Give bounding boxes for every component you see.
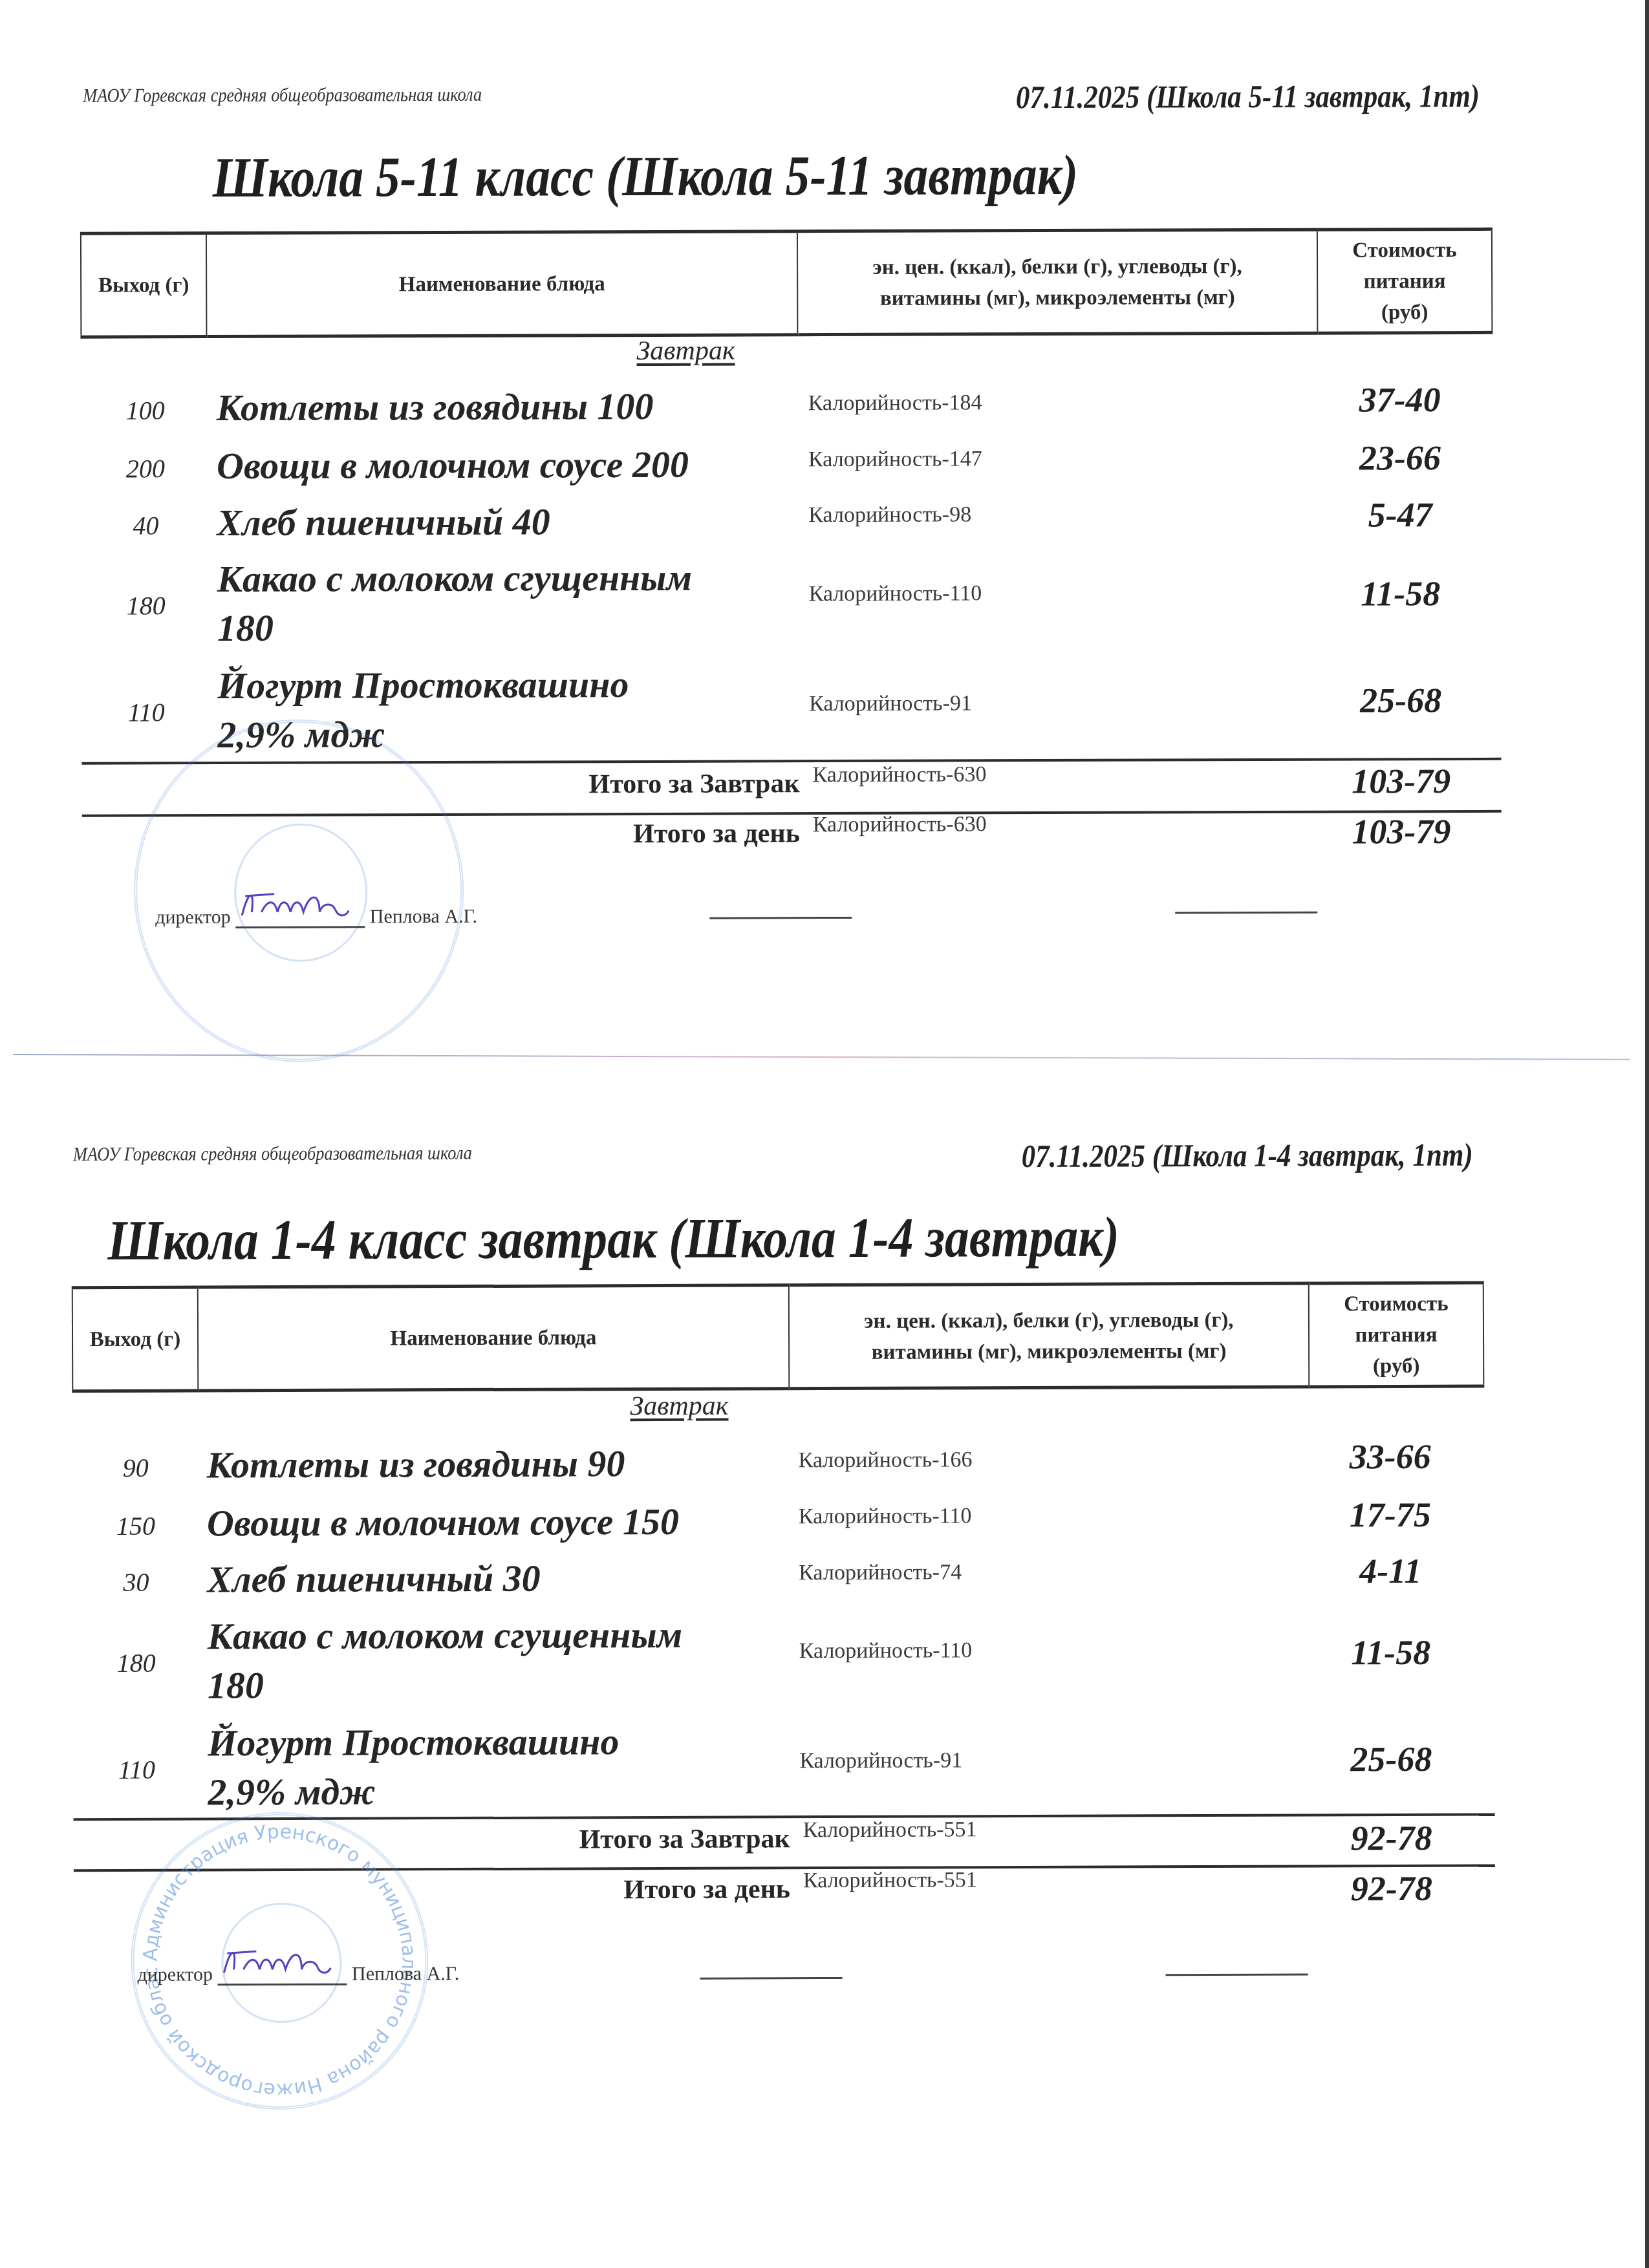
nutrition-header-line1: эн. цен. (ккал), белки (г), углеводы (г)… [802, 250, 1313, 283]
total-meal-kcal: Калорийность-630 [813, 762, 987, 787]
item-dish-line1: Какао с молоком сгущенным [217, 553, 863, 604]
total-day-kcal: Калорийность-551 [803, 1868, 977, 1893]
signature-block: директор Пеплова А.Г. [137, 1957, 459, 1986]
item-dish: Йогурт Простоквашино 2,9% мдж [208, 1717, 855, 1817]
total-meal-kcal: Калорийность-551 [803, 1817, 977, 1843]
table-header: Выход (г) Наименование блюда эн. цен. (к… [72, 1281, 1485, 1393]
item-dish-line2: 180 [208, 1659, 854, 1710]
item-dish-line1: Йогурт Простоквашино [217, 659, 864, 711]
menu-item: 180 Какао с молоком сгущенным 180 Калори… [0, 550, 1649, 555]
item-dish-line2: 180 [217, 602, 864, 653]
item-price: 4-11 [1306, 1551, 1474, 1592]
item-kcal: Калорийность-147 [808, 447, 982, 472]
total-meal-price: 103-79 [1317, 761, 1485, 802]
blank-signature-line [709, 917, 852, 919]
menu-item: 90 Котлеты из говядины 90 Калорийность-1… [0, 1436, 1649, 1442]
meal-label: Завтрак [630, 1391, 728, 1422]
item-kcal: Калорийность-110 [799, 1504, 972, 1529]
blank-signature-line [1175, 912, 1317, 914]
total-day-price: 103-79 [1317, 811, 1485, 852]
item-dish: Котлеты из говядины 100 [217, 381, 863, 433]
signature-role: директор [155, 906, 231, 928]
item-yield: 180 [101, 590, 191, 621]
item-yield: 180 [91, 1648, 182, 1678]
item-price: 37-40 [1316, 380, 1484, 420]
item-price: 23-66 [1316, 438, 1484, 478]
blank-signature-line [1165, 1973, 1308, 1976]
item-yield: 150 [91, 1511, 181, 1541]
column-header-nutrition: эн. цен. (ккал), белки (г), углеводы (г)… [789, 1283, 1309, 1389]
price-header-line3: (руб) [1313, 1350, 1479, 1382]
menu-item: 180 Какао с молоком сгущенным 180 Калори… [1, 1607, 1649, 1613]
blank-signature-line [700, 1977, 843, 1980]
item-kcal: Калорийность-166 [799, 1448, 973, 1473]
school-name: МАОУ Горевская средняя общеобразовательн… [83, 84, 482, 107]
item-price: 11-58 [1317, 573, 1485, 614]
item-dish: Овощи в молочном соусе 200 [217, 440, 863, 491]
item-price: 25-68 [1317, 680, 1485, 721]
item-kcal: Калорийность-91 [799, 1748, 962, 1773]
school-name: МАОУ Горевская средняя общеобразовательн… [73, 1142, 472, 1166]
item-price: 33-66 [1306, 1437, 1474, 1477]
item-yield: 100 [100, 395, 191, 425]
item-kcal: Калорийность-110 [809, 581, 982, 606]
price-header-line1: Стоимость [1313, 1288, 1479, 1320]
item-dish: Хлеб пшеничный 30 [207, 1553, 854, 1604]
item-dish: Какао с молоком сгущенным 180 [208, 1610, 855, 1710]
item-price: 17-75 [1306, 1495, 1474, 1535]
total-day-price: 92-78 [1308, 1868, 1476, 1909]
item-yield: 110 [91, 1755, 182, 1785]
item-kcal: Калорийность-110 [799, 1638, 973, 1664]
nutrition-header-line2: витамины (мг), микроэлементы (мг) [802, 281, 1313, 314]
column-header-price: Стоимость питания (руб) [1309, 1283, 1484, 1387]
price-header-line2: питания [1313, 1319, 1479, 1351]
item-yield: 90 [91, 1453, 181, 1483]
item-price: 25-68 [1307, 1739, 1475, 1780]
page-title: Школа 5-11 класс (Школа 5-11 завтрак) [213, 143, 1079, 211]
page-title: Школа 1-4 класс завтрак (Школа 1-4 завтр… [107, 1204, 1119, 1273]
item-kcal: Калорийность-74 [799, 1560, 962, 1585]
nutrition-header-line1: эн. цен. (ккал), белки (г), углеводы (г)… [793, 1304, 1304, 1337]
price-header-line2: питания [1322, 265, 1487, 297]
column-header-price: Стоимость питания (руб) [1317, 229, 1493, 333]
item-yield: 30 [91, 1567, 181, 1598]
total-day-kcal: Калорийность-630 [813, 812, 987, 837]
item-dish: Котлеты из говядины 90 [207, 1439, 854, 1490]
column-header-yield: Выход (г) [81, 233, 207, 337]
menu-item: 40 Хлеб пшеничный 40 Калорийность-98 5-4… [0, 494, 1649, 499]
menu-item: 110 Йогурт Простоквашино 2,9% мдж Калори… [1, 1714, 1649, 1720]
menu-item: 110 Йогурт Простоквашино 2,9% мдж Калори… [1, 657, 1649, 662]
column-header-nutrition: эн. цен. (ккал), белки (г), углеводы (г)… [797, 230, 1317, 335]
handwritten-signature-icon [217, 1958, 347, 1986]
menu-item: 150 Овощи в молочном соусе 150 Калорийно… [0, 1494, 1649, 1500]
item-dish-line2: 2,9% мдж [208, 1766, 854, 1817]
total-meal-price: 92-78 [1308, 1818, 1476, 1859]
signature-name: Пеплова А.Г. [370, 906, 477, 928]
item-yield: 40 [100, 510, 191, 540]
meal-label: Завтрак [636, 336, 735, 367]
date-line: 07.11.2025 (Школа 1-4 завтрак, 1пт) [1022, 1136, 1473, 1175]
menu-sheet-grades-5-11: МАОУ Горевская средняя общеобразовательн… [0, 0, 1648, 3]
item-dish: Хлеб пшеничный 40 [217, 497, 863, 548]
item-yield: 200 [100, 453, 191, 484]
item-price: 5-47 [1316, 495, 1484, 535]
signature-role: директор [137, 1963, 213, 1985]
date-line: 07.11.2025 (Школа 5-11 завтрак, 1пт) [1016, 77, 1480, 116]
menu-item: 30 Хлеб пшеничный 30 Калорийность-74 4-1… [0, 1550, 1649, 1556]
nutrition-header-line2: витамины (мг), микроэлементы (мг) [793, 1335, 1304, 1368]
column-header-dish: Наименование блюда [198, 1285, 790, 1391]
signature-name: Пеплова А.Г. [352, 1963, 459, 1985]
column-header-dish: Наименование блюда [206, 231, 797, 337]
item-kcal: Калорийность-98 [808, 502, 971, 528]
item-dish: Овощи в молочном соусе 150 [207, 1497, 854, 1548]
table-header: Выход (г) Наименование блюда эн. цен. (к… [80, 228, 1493, 339]
item-price: 11-58 [1307, 1632, 1475, 1673]
item-dish-line1: Какао с молоком сгущенным [208, 1610, 854, 1661]
item-kcal: Калорийность-184 [808, 390, 982, 416]
handwritten-signature-icon [235, 900, 365, 928]
menu-item: 100 Котлеты из говядины 100 Калорийность… [0, 379, 1649, 384]
item-dish: Какао с молоком сгущенным 180 [217, 553, 863, 653]
item-dish-line1: Йогурт Простоквашино [208, 1717, 854, 1768]
scan-edge [1645, 0, 1649, 2268]
price-header-line1: Стоимость [1322, 234, 1487, 266]
signature-block: директор Пеплова А.Г. [155, 900, 477, 929]
item-kcal: Калорийность-91 [809, 691, 972, 716]
menu-item: 200 Овощи в молочном соусе 200 Калорийно… [0, 437, 1649, 442]
price-header-line3: (руб) [1322, 296, 1487, 328]
item-yield: 110 [101, 697, 191, 727]
column-header-yield: Выход (г) [72, 1287, 199, 1391]
